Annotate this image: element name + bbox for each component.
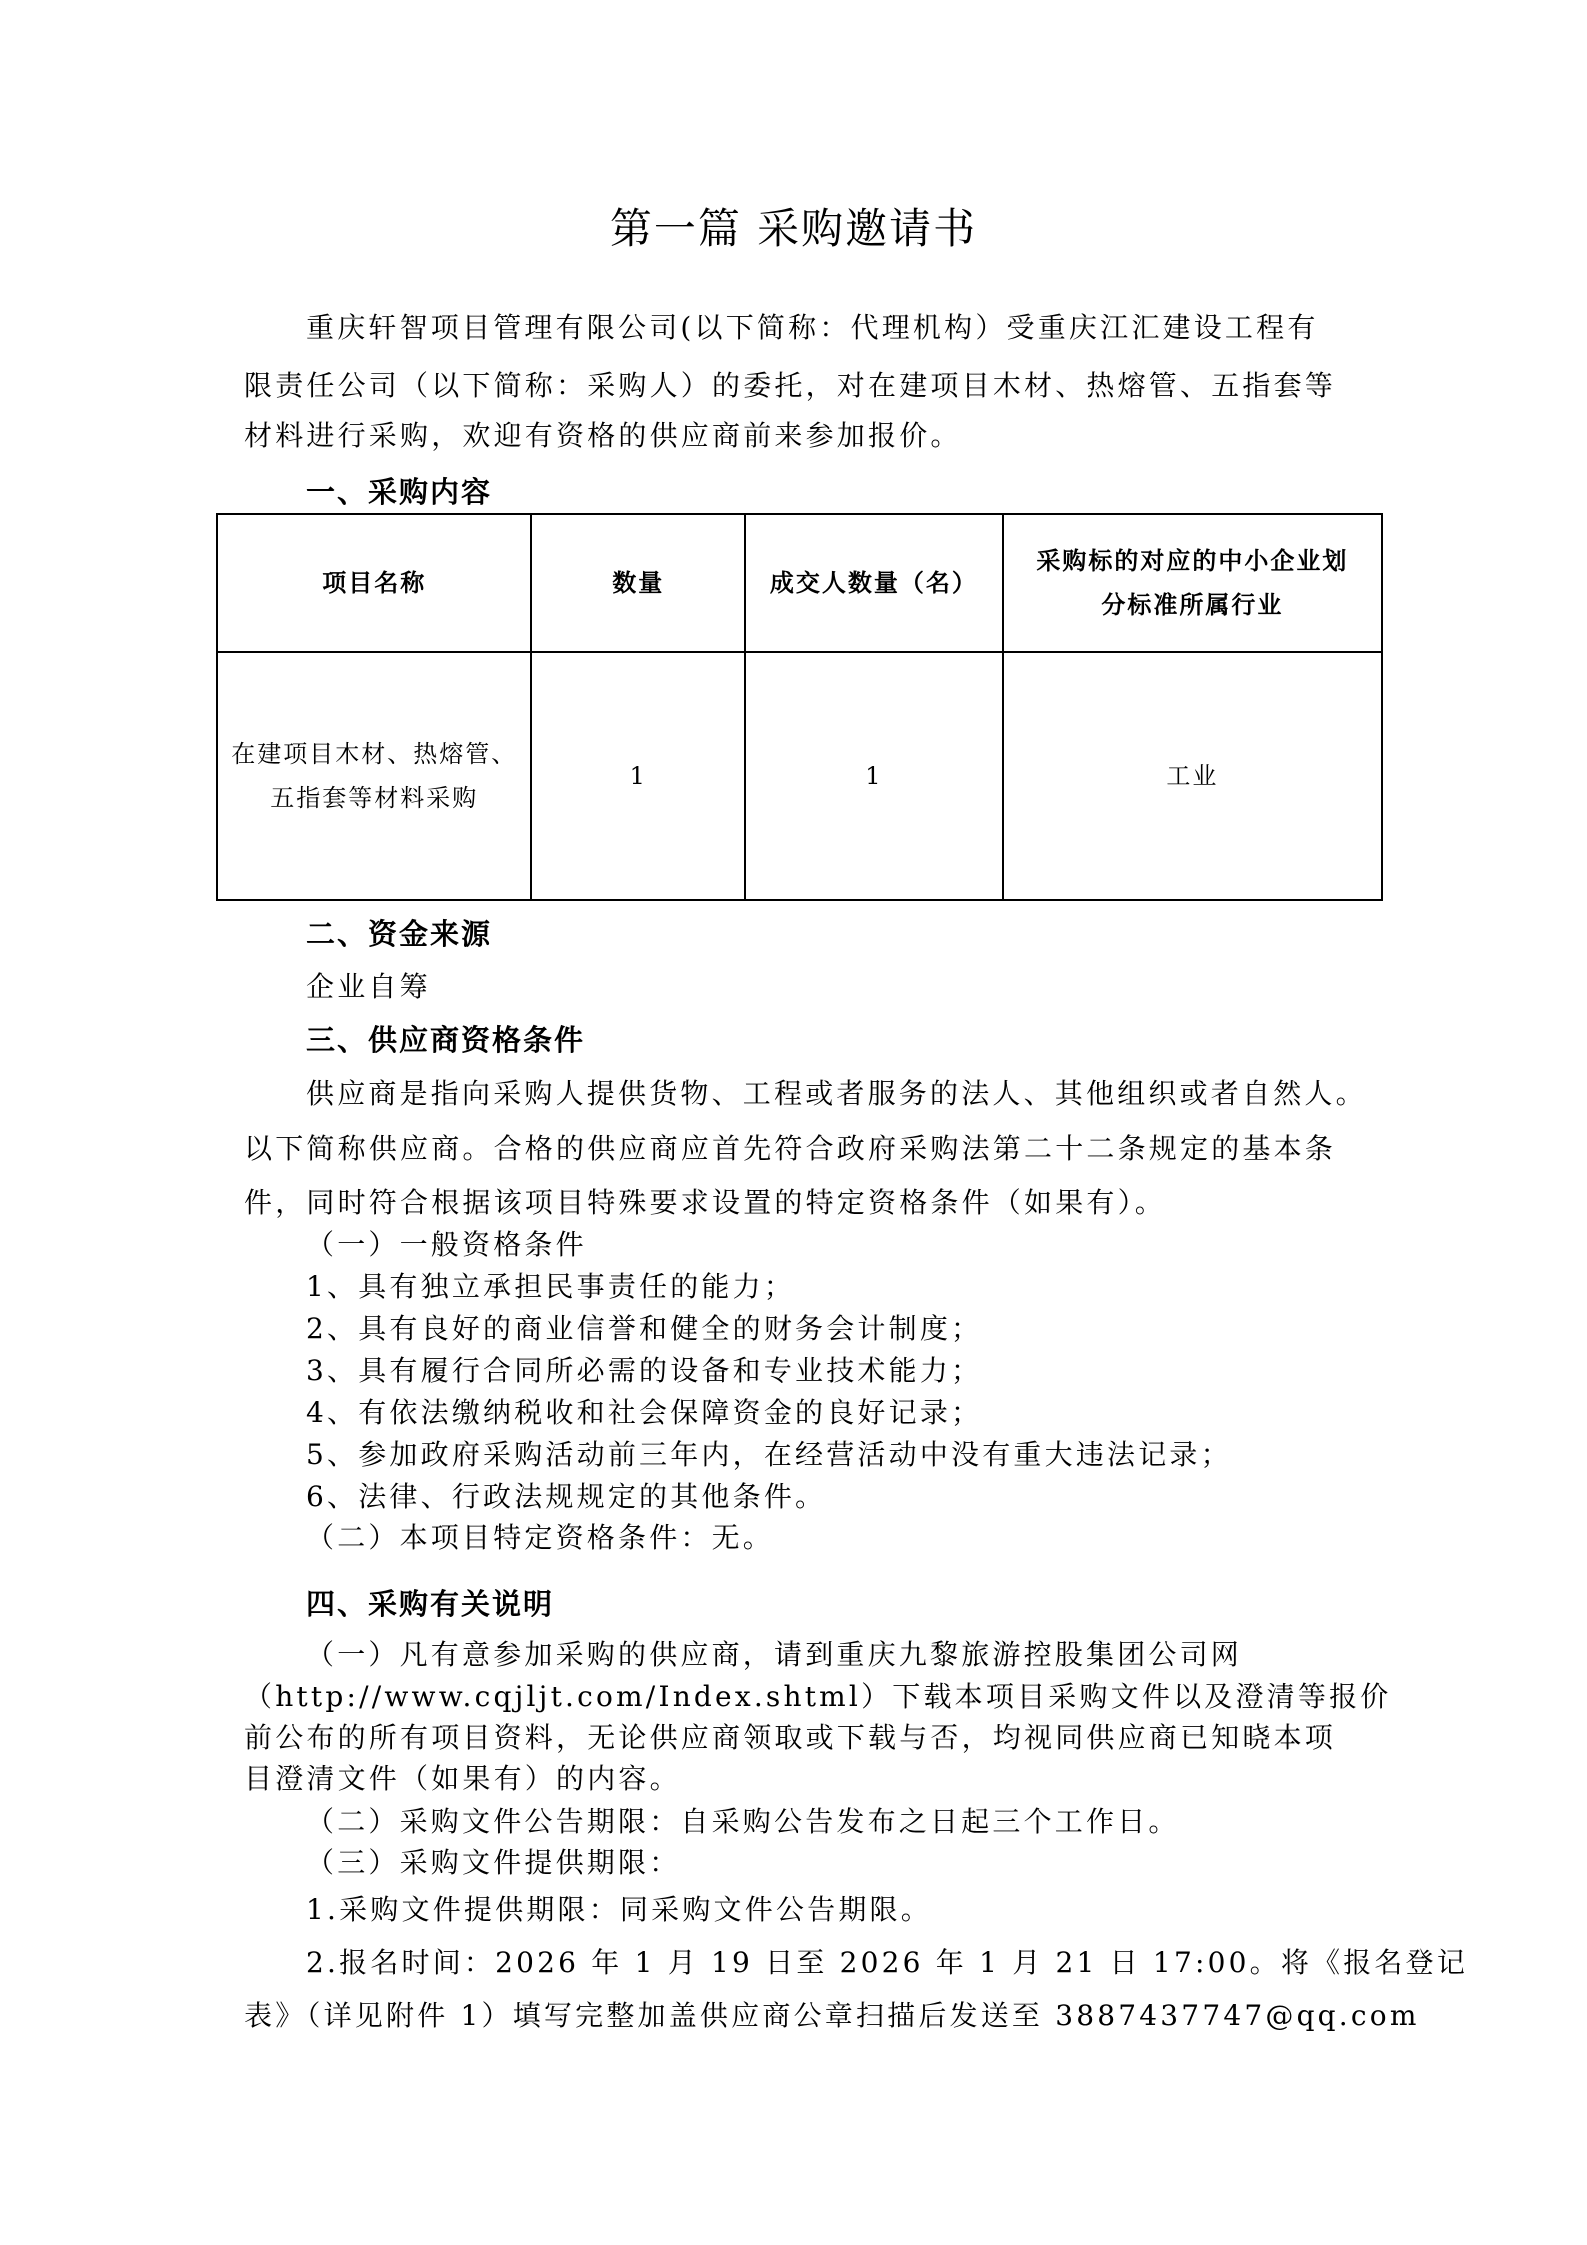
section3-intro-line-2: 以下简称供应商。合格的供应商应首先符合政府采购法第二十二条规定的基本条 — [244, 1124, 1336, 1174]
cell-project-name-line-1: 在建项目木材、热熔管、 — [218, 732, 530, 776]
section4-heading: 四、采购有关说明 — [306, 1582, 554, 1623]
section4-sub2-line-1: 2.报名时间：2026 年 1 月 19 日至 2026 年 1 月 21 日 … — [306, 1938, 1468, 1988]
header-industry-line-1: 采购标的对应的中小企业划 — [1004, 539, 1381, 583]
section1-heading: 一、采购内容 — [306, 470, 492, 511]
cell-quantity: 1 — [531, 652, 745, 900]
table-header-row: 项目名称 数量 成交人数量（名） 采购标的对应的中小企业划 分标准所属行业 — [217, 514, 1382, 652]
header-industry: 采购标的对应的中小企业划 分标准所属行业 — [1003, 514, 1382, 652]
procurement-table: 项目名称 数量 成交人数量（名） 采购标的对应的中小企业划 分标准所属行业 在建… — [216, 513, 1383, 901]
section3-heading: 三、供应商资格条件 — [306, 1018, 585, 1059]
section2-heading: 二、资金来源 — [306, 912, 492, 953]
section3-intro-line-1: 供应商是指向采购人提供货物、工程或者服务的法人、其他组织或者自然人。 — [306, 1069, 1367, 1119]
cell-project-name-line-2: 五指套等材料采购 — [218, 776, 530, 820]
header-project-name: 项目名称 — [217, 514, 531, 652]
page-title: 第一篇 采购邀请书 — [0, 196, 1587, 256]
table-row: 在建项目木材、热熔管、 五指套等材料采购 1 1 工业 — [217, 652, 1382, 900]
cell-winners: 1 — [745, 652, 1003, 900]
section4-item3: （三）采购文件提供期限： — [306, 1838, 680, 1888]
cell-project-name: 在建项目木材、热熔管、 五指套等材料采购 — [217, 652, 531, 900]
specific-qualifications: （二）本项目特定资格条件：无。 — [306, 1513, 774, 1563]
header-industry-line-2: 分标准所属行业 — [1004, 583, 1381, 627]
header-quantity: 数量 — [531, 514, 745, 652]
section4-sub1: 1.采购文件提供期限：同采购文件公告期限。 — [306, 1885, 932, 1935]
section2-text: 企业自筹 — [306, 962, 431, 1012]
cell-industry: 工业 — [1003, 652, 1382, 900]
intro-line-2: 限责任公司（以下简称：采购人）的委托，对在建项目木材、热熔管、五指套等 — [244, 361, 1336, 411]
section4-sub2-line-2: 表》（详见附件 1）填写完整加盖供应商公章扫描后发送至 3887437747@q… — [244, 1991, 1420, 2041]
intro-line-1: 重庆轩智项目管理有限公司(以下简称：代理机构）受重庆江汇建设工程有 — [306, 303, 1319, 353]
intro-line-3: 材料进行采购，欢迎有资格的供应商前来参加报价。 — [244, 411, 962, 461]
header-winners: 成交人数量（名） — [745, 514, 1003, 652]
